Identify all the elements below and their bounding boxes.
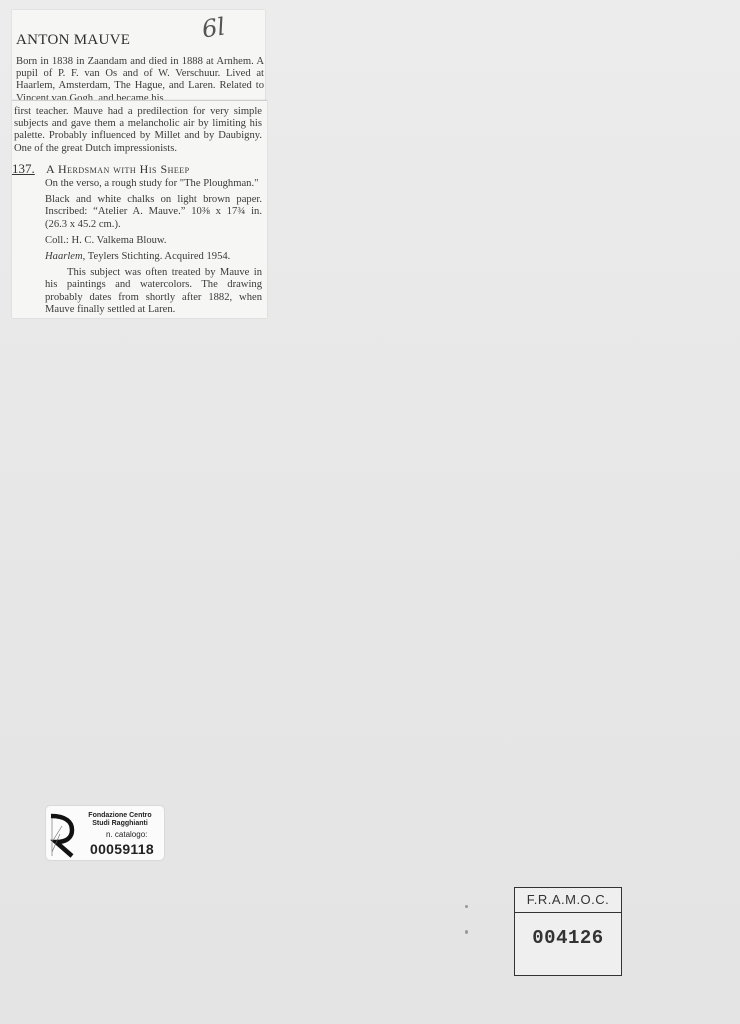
- stamp-header: F.R.A.M.O.C.: [515, 888, 621, 913]
- location-rest: , Teylers Stichting. Acquired 1954.: [83, 251, 231, 262]
- paper-speck: [465, 930, 468, 934]
- artwork-title: A Herdsman with His Sheep: [46, 162, 190, 177]
- medium-dimensions: Black and white chalks on light brown pa…: [45, 194, 262, 231]
- ragghianti-logo-icon: [48, 812, 76, 858]
- catalog-clipping-top: 6l ANTON MAUVE Born in 1838 in Zaandam a…: [12, 10, 265, 100]
- ragghianti-catalog-label: Fondazione Centro Studi Ragghianti n. ca…: [46, 806, 164, 860]
- artist-bio-part2: first teacher. Mauve had a predilection …: [14, 106, 262, 155]
- entry-number: 137.: [12, 161, 35, 177]
- framoc-stamp: F.R.A.M.O.C. 004126: [514, 887, 622, 976]
- catalog-clipping-bottom: first teacher. Mauve had a predilection …: [12, 100, 267, 318]
- commentary: This subject was often treated by Mauve …: [45, 267, 262, 316]
- handwritten-note: 6l: [200, 13, 227, 44]
- paper-speck: [465, 905, 468, 908]
- location-line: Haarlem, Teylers Stichting. Acquired 195…: [45, 251, 262, 263]
- catalog-label: n. catalogo:: [106, 830, 147, 839]
- stamp-number: 004126: [515, 927, 621, 949]
- archive-sheet: 6l ANTON MAUVE Born in 1838 in Zaandam a…: [0, 0, 740, 1024]
- verso-note: On the verso, a rough study for "The Plo…: [45, 178, 262, 190]
- artist-bio-part1: Born in 1838 in Zaandam and died in 1888…: [16, 56, 264, 105]
- artist-name: ANTON MAUVE: [16, 32, 130, 49]
- entry-body: On the verso, a rough study for "The Plo…: [45, 178, 262, 320]
- org-name: Fondazione Centro Studi Ragghianti: [76, 812, 164, 828]
- location-city: Haarlem: [45, 251, 83, 262]
- catalog-number: 00059118: [90, 841, 154, 857]
- collection-line: Coll.: H. C. Valkema Blouw.: [45, 235, 262, 247]
